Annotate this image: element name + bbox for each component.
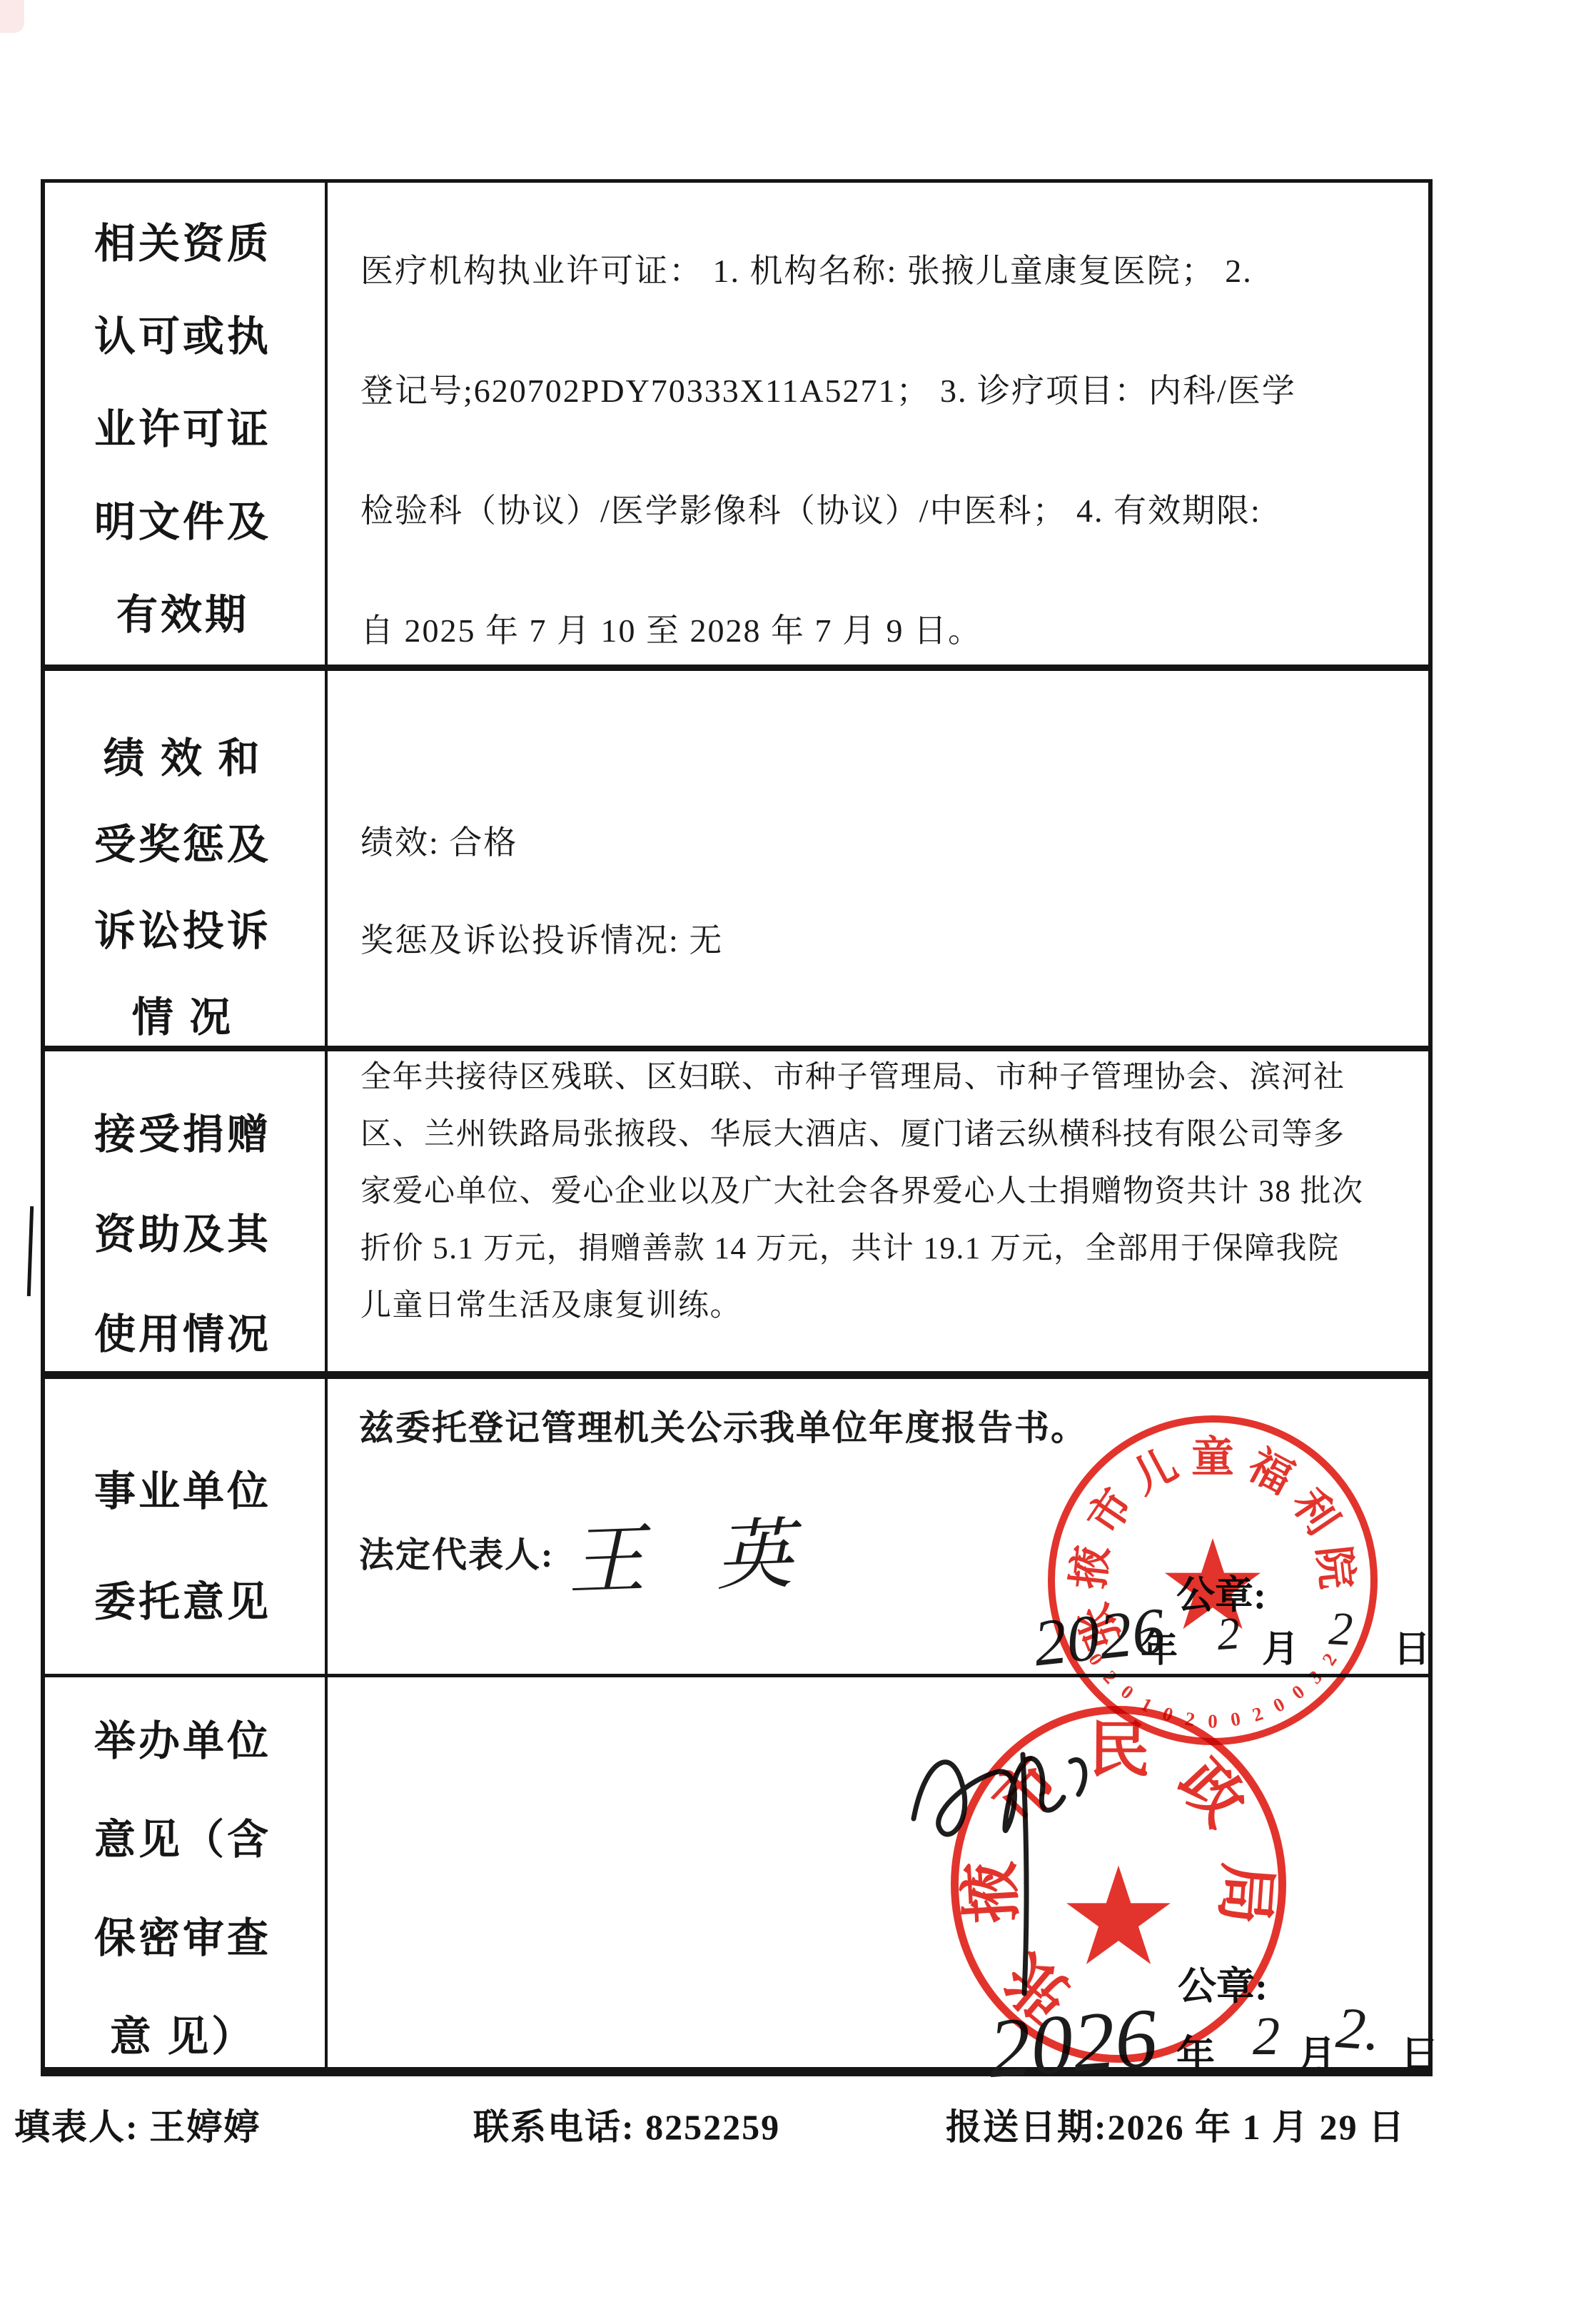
- text-line: 认可或执: [41, 290, 325, 383]
- row-label-donations: 接受捐赠资助及其使用情况: [41, 1085, 325, 1385]
- text-line: 相关资质: [41, 198, 325, 290]
- text-line: 家爱心单位、爱心企业以及广大社会各界爱心人士捐赠物资共计 38 批次: [360, 1163, 1424, 1221]
- seal-arc-char: 局: [1213, 1861, 1278, 1926]
- entity-date-day-unit: 日: [1393, 1619, 1430, 1672]
- seal-star-icon: ★: [1157, 1524, 1269, 1649]
- text-line: 儿童日常生活及康复训练。: [360, 1278, 1424, 1335]
- row-label-organizer-opinion: 举办单位意见（含保密审查意 见）: [41, 1692, 325, 2086]
- text-line: 受奖惩及: [41, 802, 325, 888]
- seal-arc-char: 院: [1311, 1544, 1358, 1591]
- text-line: 登记号;620702PDY70333X11A5271； 3. 诊疗项目：内科/医…: [360, 331, 1424, 451]
- text-line: 区、兰州铁路局张掖段、华辰大酒店、厦门诸云纵横科技有限公司等多: [360, 1106, 1424, 1163]
- footer-phone: 联系电话: 8252259: [473, 2098, 780, 2150]
- phone-label: 联系电话:: [473, 2107, 635, 2147]
- scan-stray-mark: [27, 1206, 34, 1296]
- row-label-performance: 绩 效 和受奖惩及诉讼投诉情 况: [41, 715, 325, 1061]
- row-content-donations: 全年共接待区残联、区妇联、市种子管理局、市种子管理协会、滨河社区、兰州铁路局张掖…: [360, 1049, 1424, 1335]
- organizer-date-month-handwritten: 2: [1253, 2006, 1280, 2068]
- seal-star-icon: ★: [1058, 1849, 1179, 1985]
- text-line: 业许可证: [41, 383, 325, 476]
- text-line: 举办单位: [41, 1692, 325, 1791]
- civil-affairs-seal: ★ 张掖市民政局: [951, 1706, 1286, 2063]
- text-line: 绩 效 和: [41, 715, 325, 802]
- seal-arc-char: 0: [1208, 1712, 1218, 1732]
- text-line: 自 2025 年 7 月 10 至 2028 年 7 月 9 日。: [360, 571, 1424, 691]
- row-label-entity-opinion: 事业单位委托意见: [41, 1436, 325, 1657]
- seal-arc-char: 掖: [959, 1859, 1024, 1924]
- filler-name: 王婷婷: [149, 2107, 261, 2147]
- welfare-institute-seal: ★ 张掖市儿童福利院 0201020020032: [1048, 1415, 1378, 1745]
- text-line: 事业单位: [41, 1436, 325, 1547]
- seal-arc-char: 民: [1089, 1719, 1151, 1782]
- text-line: 全年共接待区残联、区妇联、市种子管理局、市种子管理协会、滨河社: [360, 1049, 1424, 1106]
- table-column-divider: [325, 179, 328, 2076]
- text-line: 接受捐赠: [41, 1085, 325, 1185]
- text-line: 医疗机构执业许可证： 1. 机构名称: 张掖儿童康复医院； 2.: [360, 211, 1424, 331]
- text-line: 明文件及: [41, 476, 325, 569]
- entity-opinion-statement: 兹委托登记管理机关公示我单位年度报告书。: [359, 1400, 1087, 1450]
- phone-number: 8252259: [645, 2107, 780, 2147]
- text-line: 使用情况: [41, 1285, 325, 1385]
- row-content-qualifications: 医疗机构执业许可证： 1. 机构名称: 张掖儿童康复医院； 2.登记号;6207…: [360, 211, 1424, 691]
- text-line: 奖惩及诉讼投诉情况: 无: [360, 891, 1424, 989]
- organizer-date-month-unit: 月: [1298, 2024, 1336, 2079]
- row-label-qualifications: 相关资质认可或执业许可证明文件及有效期: [41, 198, 325, 662]
- submit-date-value: 2026 年 1 月 29 日: [1108, 2107, 1406, 2147]
- text-line: 意 见）: [41, 1988, 325, 2086]
- text-line: 诉讼投诉: [41, 888, 325, 974]
- legal-representative-label: 法定代表人:: [359, 1527, 554, 1577]
- organizer-date-day-handwritten: 2.: [1334, 1994, 1383, 2064]
- row-content-performance: 绩效: 合格奖惩及诉讼投诉情况: 无: [360, 794, 1424, 989]
- scan-smudge: [0, 0, 24, 33]
- text-line: 有效期: [41, 569, 325, 662]
- text-line: 折价 5.1 万元，捐赠善款 14 万元，共计 19.1 万元，全部用于保障我院: [360, 1221, 1424, 1278]
- text-line: 绩效: 合格: [360, 794, 1424, 891]
- text-line: 资助及其: [41, 1185, 325, 1285]
- text-line: 情 况: [41, 974, 325, 1061]
- text-line: 意见（含: [41, 1791, 325, 1889]
- text-line: 保密审查: [41, 1889, 325, 1988]
- footer-submit-date: 报送日期:2026 年 1 月 29 日: [946, 2098, 1405, 2150]
- filler-label: 填表人:: [14, 2107, 139, 2147]
- text-line: 检验科（协议）/医学影像科（协议）/中医科； 4. 有效期限:: [360, 451, 1424, 571]
- organizer-date-day-unit: 日: [1400, 2024, 1439, 2079]
- submit-date-label: 报送日期:: [946, 2107, 1108, 2147]
- seal-arc-char: 童: [1191, 1436, 1234, 1479]
- annual-report-form-page: 相关资质认可或执业许可证明文件及有效期 医疗机构执业许可证： 1. 机构名称: …: [0, 0, 1586, 2324]
- seal-arc-char: 掖: [1067, 1544, 1114, 1591]
- footer-filler: 填表人: 王婷婷: [14, 2098, 261, 2150]
- text-line: 委托意见: [41, 1547, 325, 1657]
- legal-representative-signature: 王 英: [565, 1491, 819, 1610]
